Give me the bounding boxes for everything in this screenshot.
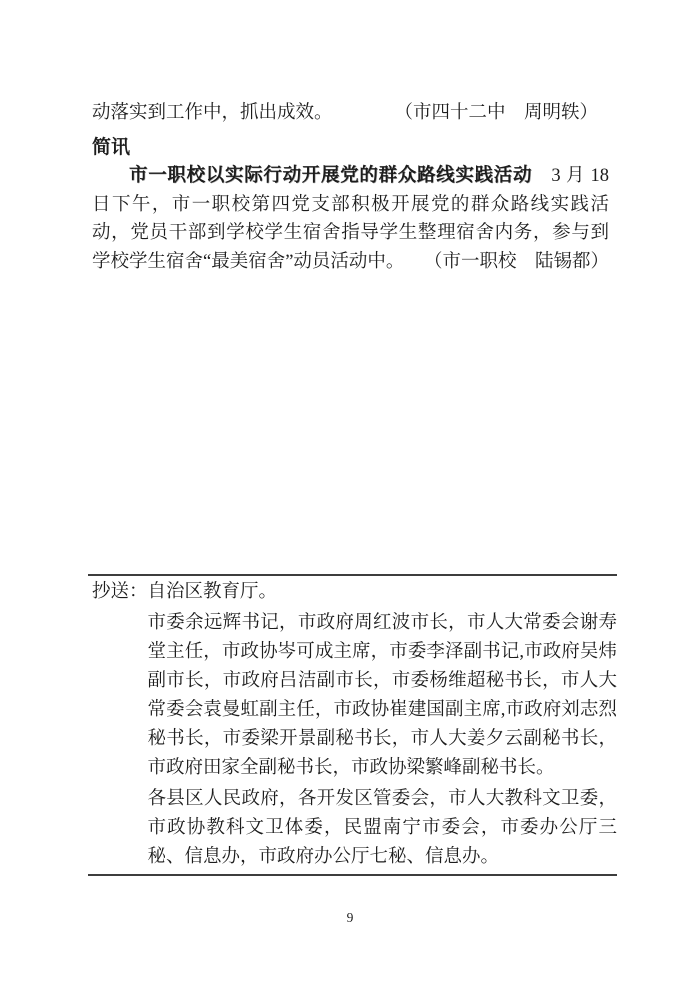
- cc-row: 抄送： 自治区教育厅。 市委余远辉书记，市政府周红波市长，市人大常委会谢寿堂主任…: [92, 578, 617, 872]
- page-number: 9: [0, 909, 700, 927]
- brief-news-item: 市一职校以实际行动开展党的群众路线实践活动 3 月 18 日下午，市一职校第四党…: [92, 162, 609, 276]
- cc-paragraph-list: 自治区教育厅。 市委余远辉书记，市政府周红波市长，市人大常委会谢寿堂主任，市政协…: [148, 578, 617, 872]
- brief-section-heading: 简讯: [92, 133, 130, 162]
- attribution-no1-vocational-school: （市一职校 陆锡都）: [424, 248, 609, 277]
- cc-paragraph-recipients-2: 市委余远辉书记，市政府周红波市长，市人大常委会谢寿堂主任，市政协岑可成主席，市委…: [148, 609, 617, 783]
- brief-news-title: 市一职校以实际行动开展党的群众路线实践活动: [129, 166, 532, 186]
- cc-paragraph-recipients-3: 各县区人民政府，各开发区管委会，市人大教科文卫委，市政协教科文卫体委，民盟南宁市…: [148, 785, 617, 872]
- attribution-no42-middle-school: （市四十二中 周明轶）: [394, 99, 598, 128]
- cc-distribution-block: 抄送： 自治区教育厅。 市委余远辉书记，市政府周红波市长，市人大常委会谢寿堂主任…: [88, 574, 617, 876]
- document-page: 动落实到工作中，抓出成效。 （市四十二中 周明轶） 简讯 市一职校以实际行动开展…: [0, 0, 700, 990]
- continued-paragraph-text: 动落实到工作中，抓出成效。: [92, 99, 333, 128]
- cc-paragraph-recipients-1: 自治区教育厅。: [148, 578, 617, 607]
- continued-paragraph: 动落实到工作中，抓出成效。 （市四十二中 周明轶）: [92, 99, 598, 128]
- cc-label: 抄送：: [92, 578, 148, 607]
